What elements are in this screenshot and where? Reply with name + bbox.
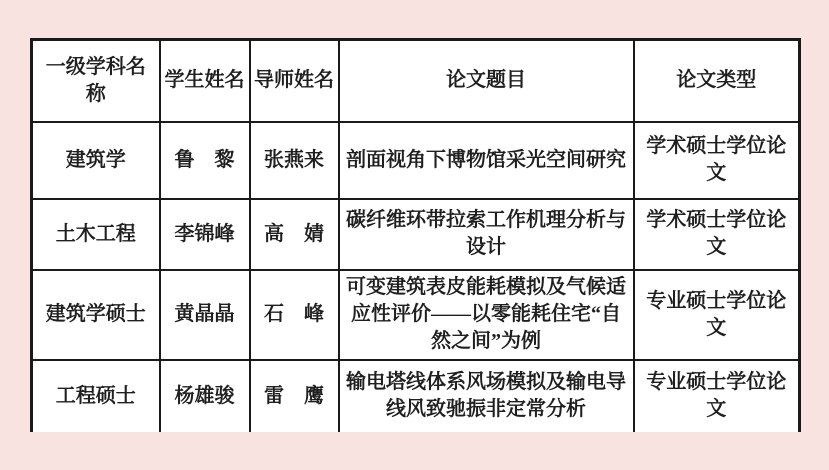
cell-discipline: 建筑学硕士 [32, 270, 160, 360]
cell-type: 学术硕士学位论文 [634, 122, 800, 199]
thesis-table-container: 一级学科名称 学生姓名 导师姓名 论文题目 论文类型 建筑学 鲁 黎 张燕来 剖… [30, 38, 801, 432]
cell-student: 黄晶晶 [160, 270, 250, 360]
cell-advisor: 高 婧 [250, 199, 339, 270]
cell-advisor: 张燕来 [250, 122, 339, 199]
header-advisor: 导师姓名 [250, 40, 339, 122]
header-student: 学生姓名 [160, 40, 250, 122]
table-row: 建筑学硕士 黄晶晶 石 峰 可变建筑表皮能耗模拟及气候适应性评价——以零能耗住宅… [32, 270, 800, 360]
table-row: 工程硕士 杨雄骏 雷 鹰 输电塔线体系风场模拟及输电导线风致驰振非定常分析 专业… [32, 360, 800, 432]
cell-title: 碳纤维环带拉索工作机理分析与设计 [339, 199, 634, 270]
cell-type: 专业硕士学位论文 [634, 360, 800, 432]
header-title: 论文题目 [339, 40, 634, 122]
cell-student: 杨雄骏 [160, 360, 250, 432]
cell-student: 李锦峰 [160, 199, 250, 270]
table-header-row: 一级学科名称 学生姓名 导师姓名 论文题目 论文类型 [32, 40, 800, 122]
cell-student: 鲁 黎 [160, 122, 250, 199]
thesis-table: 一级学科名称 学生姓名 导师姓名 论文题目 论文类型 建筑学 鲁 黎 张燕来 剖… [30, 38, 801, 432]
cell-advisor: 石 峰 [250, 270, 339, 360]
cell-title: 可变建筑表皮能耗模拟及气候适应性评价——以零能耗住宅“自然之间”为例 [339, 270, 634, 360]
page-background: { "colors": { "page_background": "#f9e3e… [0, 0, 829, 470]
cell-type: 专业硕士学位论文 [634, 270, 800, 360]
cell-discipline: 土木工程 [32, 199, 160, 270]
cell-discipline: 工程硕士 [32, 360, 160, 432]
cell-title: 输电塔线体系风场模拟及输电导线风致驰振非定常分析 [339, 360, 634, 432]
cell-title: 剖面视角下博物馆采光空间研究 [339, 122, 634, 199]
header-discipline: 一级学科名称 [32, 40, 160, 122]
header-type: 论文类型 [634, 40, 800, 122]
cell-advisor: 雷 鹰 [250, 360, 339, 432]
cell-type: 学术硕士学位论文 [634, 199, 800, 270]
cell-discipline: 建筑学 [32, 122, 160, 199]
table-row: 土木工程 李锦峰 高 婧 碳纤维环带拉索工作机理分析与设计 学术硕士学位论文 [32, 199, 800, 270]
table-row: 建筑学 鲁 黎 张燕来 剖面视角下博物馆采光空间研究 学术硕士学位论文 [32, 122, 800, 199]
